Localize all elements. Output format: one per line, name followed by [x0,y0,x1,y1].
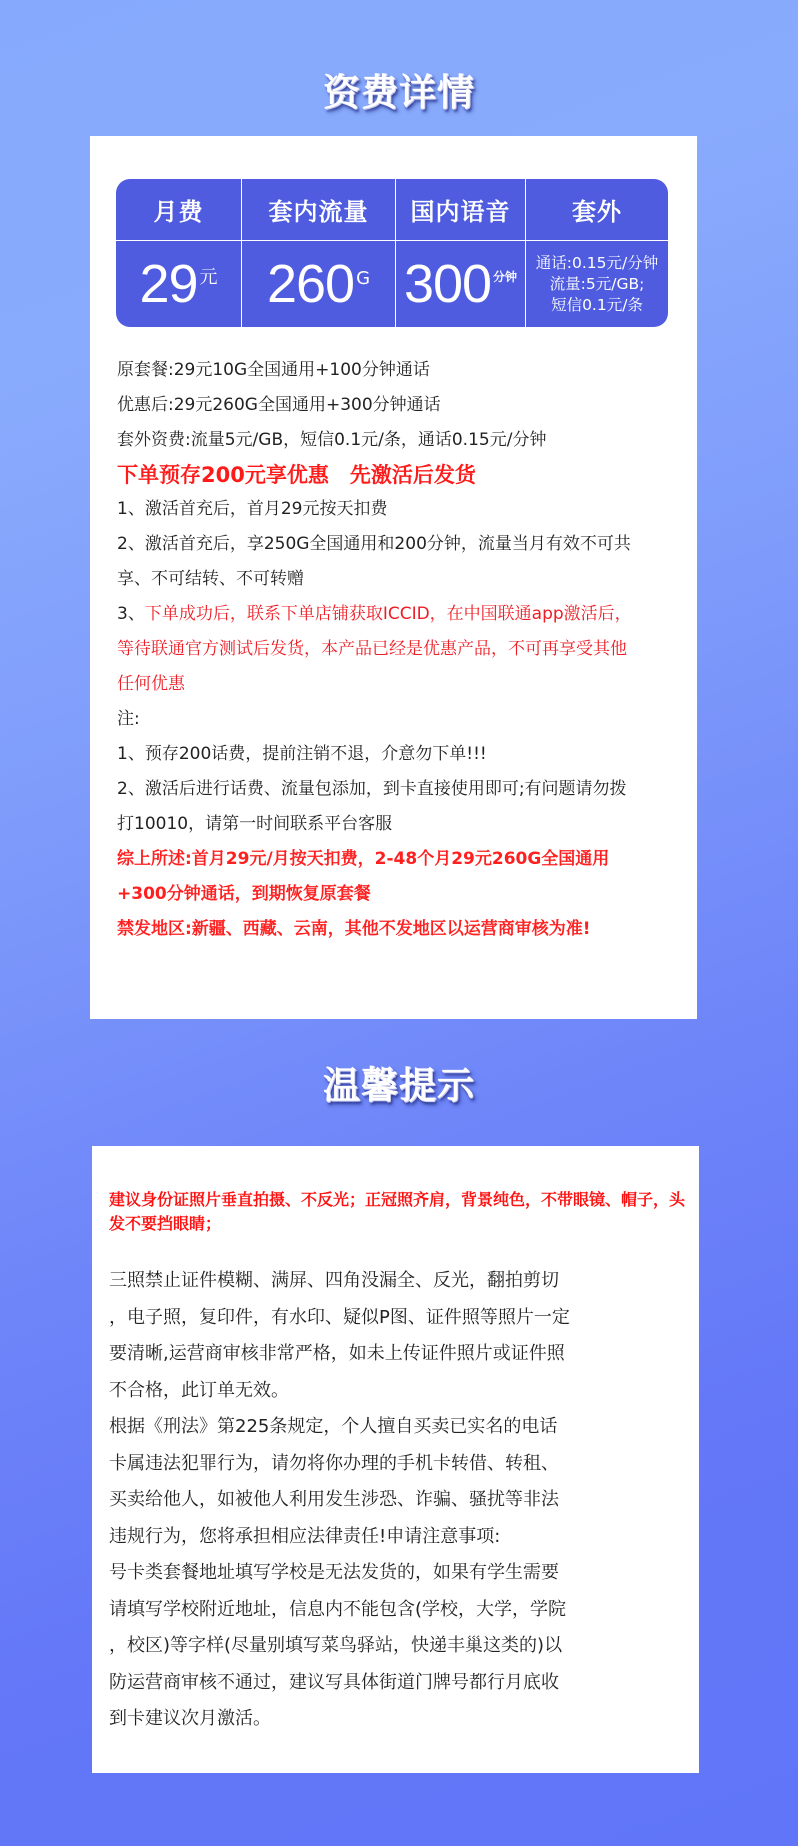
legal-line: 买卖给他人，如被他人利用发生涉恐、诈骗、骚扰等非法 [109,1482,689,1519]
summary-line-2: +300分钟通话，到期恢复原套餐 [117,877,677,912]
address-line: 到卡建议次月激活。 [109,1701,689,1738]
header-monthly-fee: 月费 [116,179,242,240]
overage-rates: 套外资费:流量5元/GB，短信0.1元/条，通话0.15元/分钟 [117,423,677,458]
address-line: 号卡类套餐地址填写学校是无法发货的，如果有学生需要 [109,1555,689,1592]
header-overage: 套外 [526,179,668,240]
address-line: 防运营商审核不通过，建议写具体街道门牌号都行月底收 [109,1665,689,1702]
restricted-regions: 禁发地区:新疆、西藏、云南，其他不发地区以运营商审核为准! [117,912,677,947]
voice-unit: 分钟 [493,268,517,285]
fee-details-card: 月费 套内流量 国内语音 套外 29 元 260 G 300 分 [90,136,697,1019]
voice-cell: 300 分钟 [396,241,526,327]
overage-sms-rate: 短信0.1元/条 [551,295,643,316]
tips-line: 不合格，此订单无效。 [109,1373,689,1410]
original-plan: 原套餐:29元10G全国通用+100分钟通话 [117,353,677,388]
price-table-header: 月费 套内流量 国内语音 套外 [116,179,668,241]
tips-line: 三照禁止证件模糊、满屏、四角没漏全、反光，翻拍剪切 [109,1263,689,1300]
note-2-line-1: 2、激活后进行话费、流量包添加，到卡直接使用即可;有问题请勿拨 [117,772,677,807]
price-table-values: 29 元 260 G 300 分钟 通话:0.15元/分钟 流量:5元/GB; [116,241,668,327]
address-line: ，校区)等字样(尽量别填写菜鸟驿站，快递丰巢这类的)以 [109,1628,689,1665]
note-2-line-2: 打10010，请第一时间联系平台客服 [117,807,677,842]
promo-headline: 下单预存200元享优惠 先激活后发货 [117,458,677,492]
header-included-data: 套内流量 [242,179,396,240]
rule-2-line-1: 2、激活首充后，享250G全国通用和200分钟，流量当月有效不可共 [117,527,677,562]
rule-2-line-2: 享、不可结转、不可转赠 [117,562,677,597]
discounted-plan: 优惠后:29元260G全国通用+300分钟通话 [117,388,677,423]
section-title-tips: 温馨提示 [0,1055,798,1109]
overage-data-rate: 流量:5元/GB; [550,274,645,295]
tips-line: ，电子照，复印件，有水印、疑似P图、证件照等照片一定 [109,1300,689,1337]
tips-line: 要清晰,运营商审核非常严格，如未上传证件照片或证件照 [109,1336,689,1373]
legal-line: 违规行为，您将承担相应法律责任!申请注意事项: [109,1519,689,1556]
rule-3-line-2: 等待联通官方测试后发货，本产品已经是优惠产品，不可再享受其他 [117,632,677,667]
fee-details-text: 原套餐:29元10G全国通用+100分钟通话 优惠后:29元260G全国通用+3… [117,353,677,947]
price-table: 月费 套内流量 国内语音 套外 29 元 260 G 300 分 [116,179,668,327]
overage-cell: 通话:0.15元/分钟 流量:5元/GB; 短信0.1元/条 [526,241,668,327]
data-unit: G [356,268,370,289]
legal-line: 根据《刑法》第225条规定，个人擅自买卖已实名的电话 [109,1409,689,1446]
rule-3-line-3: 任何优惠 [117,667,677,702]
note-label: 注: [117,702,677,737]
rule-1: 1、激活首充后，首月29元按天扣费 [117,492,677,527]
tips-body: 三照禁止证件模糊、满屏、四角没漏全、反光，翻拍剪切 ，电子照，复印件，有水印、疑… [109,1263,689,1738]
legal-line: 卡属违法犯罪行为，请勿将你办理的手机卡转借、转租、 [109,1446,689,1483]
rule-3-text: 下单成功后，联系下单店铺获取ICCID，在中国联通app激活后， [145,604,632,624]
photo-warning-text: 建议身份证照片垂直拍摄、不反光；正冠照齐肩，背景纯色，不带眼镜、帽子，头发不要挡… [109,1188,689,1236]
monthly-fee-value: 29 [139,257,197,311]
voice-value: 300 [404,257,491,311]
rule-3-prefix: 3、 [117,604,145,624]
monthly-fee-unit: 元 [200,263,218,289]
data-cell: 260 G [242,241,396,327]
summary-line-1: 综上所述:首月29元/月按天扣费，2-48个月29元260G全国通用 [117,842,677,877]
note-1: 1、预存200话费，提前注销不退，介意勿下单!!! [117,737,677,772]
rule-3-line-1: 3、下单成功后，联系下单店铺获取ICCID，在中国联通app激活后， [117,597,677,632]
address-line: 请填写学校附近地址，信息内不能包含(学校，大学，学院 [109,1592,689,1629]
section-title-fee-details: 资费详情 [0,62,798,116]
monthly-fee-cell: 29 元 [116,241,242,327]
photo-warning: 建议身份证照片垂直拍摄、不反光；正冠照齐肩，背景纯色，不带眼镜、帽子，头发不要挡… [109,1188,689,1236]
header-domestic-voice: 国内语音 [396,179,526,240]
data-value: 260 [267,257,354,311]
tips-card: 建议身份证照片垂直拍摄、不反光；正冠照齐肩，背景纯色，不带眼镜、帽子，头发不要挡… [92,1146,699,1773]
overage-call-rate: 通话:0.15元/分钟 [536,253,658,274]
